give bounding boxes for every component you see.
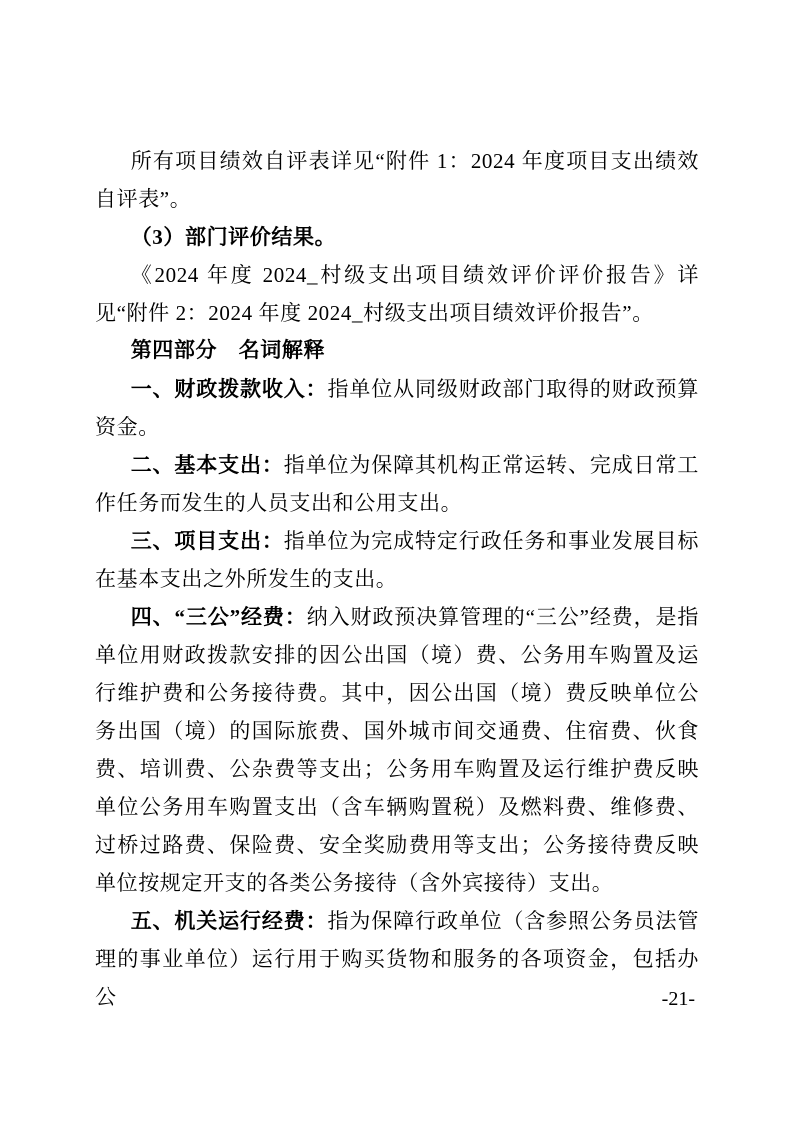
paragraph-attachment1: 所有项目绩效自评表详见“附件 1：2024 年度项目支出绩效自评表”。 <box>95 142 699 218</box>
term-lead: 三、项目支出： <box>131 529 284 553</box>
term-lead: 二、基本支出： <box>131 453 284 477</box>
term-paragraph-fiscal-appropriation-income: 一、财政拨款收入：指单位从同级财政部门取得的财政预算资金。 <box>95 370 699 446</box>
paragraph-dept-eval-result: （3）部门评价结果。 <box>95 218 699 256</box>
paragraph-attachment2: 《2024 年度 2024_村级支出项目绩效评价评价报告》详见“附件 2：202… <box>95 256 699 332</box>
document-page: 所有项目绩效自评表详见“附件 1：2024 年度项目支出绩效自评表”。 （3）部… <box>0 0 793 1122</box>
section-heading-part4: 第四部分 名词解释 <box>95 332 699 370</box>
page-number: -21- <box>662 984 695 1014</box>
document-body: 所有项目绩效自评表详见“附件 1：2024 年度项目支出绩效自评表”。 （3）部… <box>95 142 699 1016</box>
term-paragraph-three-public-funds: 四、“三公”经费：纳入财政预决算管理的“三公”经费，是指单位用财政拨款安排的因公… <box>95 598 699 902</box>
term-paragraph-agency-operating-funds: 五、机关运行经费：指为保障行政单位（含参照公务员法管理的事业单位）运行用于购买货… <box>95 902 699 1016</box>
term-lead: 一、财政拨款收入： <box>131 377 328 401</box>
term-paragraph-project-expenditure: 三、项目支出：指单位为完成特定行政任务和事业发展目标在基本支出之外所发生的支出。 <box>95 522 699 598</box>
term-paragraph-basic-expenditure: 二、基本支出：指单位为保障其机构正常运转、完成日常工作任务而发生的人员支出和公用… <box>95 446 699 522</box>
term-lead: 四、“三公”经费： <box>131 605 307 629</box>
term-lead: 五、机关运行经费： <box>131 909 328 933</box>
term-body: 纳入财政预决算管理的“三公”经费，是指单位用财政拨款安排的因公出国（境）费、公务… <box>95 605 699 895</box>
